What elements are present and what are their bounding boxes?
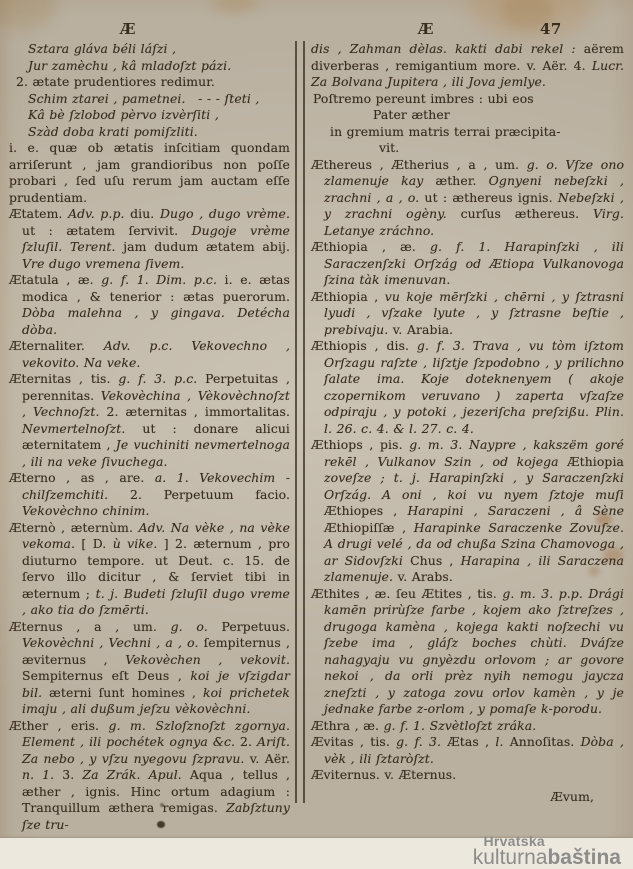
dictionary-entry: Æternus , a , um. g. o. Perpetuus. Vekov… [9,619,290,718]
text-line: in gremium matris terrai præcipita- [311,124,624,141]
text-line: Pater æther [311,107,624,124]
watermark-line2-part2: baština [547,846,621,869]
text-line: Kâ bè ſzlobod pèrvo izvèrſiti , [9,107,290,124]
dictionary-entry: Æternò , æternùm. Adv. Na vèke , na vèke… [9,520,290,619]
dictionary-entry: Æterno , as , are. a. 1. Vekovechim - ch… [9,470,290,520]
right-column: dis , Zahman dèlas. kakti dabi rekel : a… [311,41,624,833]
scanned-dictionary-page: Æ Æ 47 Sztara gláva béli láſzi ,Jur zamè… [0,0,633,869]
dictionary-entry: Æternitas , tis. g. f. 3. p.c. Perpetuit… [9,371,290,470]
dictionary-entry: Ævitas , tis. g. f. 3. Ætas , l. Annoſit… [311,734,624,767]
text-line: vit. [311,140,624,157]
watermark-line2: kulturnabaština [473,847,621,868]
dictionary-entry: Æthiopia , vu koje mērſzki , chērni , y … [311,289,624,339]
dictionary-entry: Ætatem. Adv. p.p. diu. Dugo , dugo vrème… [9,206,290,272]
text-line: Poſtremo pereunt imbres : ubi eos [311,91,624,108]
paper-stain [212,0,258,14]
right-column-header: Æ [418,20,434,38]
watermark: Hrvatska kulturnabaština [473,834,621,868]
column-divider-rule [295,41,305,803]
text-line: Jur zamèchu , kâ mladoſzt pázi. [9,58,290,75]
dictionary-entry: Æthiopis , dis. g. f. 3. Trava , vu tòm … [311,338,624,437]
dictionary-entry: Æther , eris. g. m. Szloſznoſzt zgornya.… [9,718,290,834]
text-block: Sztara gláva béli láſzi ,Jur zamèchu , k… [9,41,624,833]
text-line: dis , Zahman dèlas. kakti dabi rekel : a… [311,41,624,91]
page-number: 47 [540,20,562,38]
dictionary-entry: Æthiops , pis. g. m. 3. Naypre , kakszëm… [311,437,624,586]
running-header: Æ Æ 47 [0,20,633,40]
text-line: Schim ztarei , pametnei. - - - ſteti , [9,91,290,108]
text-line: 2. ætate prudentiores redimur. [9,74,290,91]
watermark-line2-part1: kulturna [473,846,548,869]
dictionary-entry: Æthra , æ. g. f. 1. Szvètloſzt zráka. [311,718,624,735]
left-column: Sztara gláva béli láſzi ,Jur zamèchu , k… [9,41,290,833]
text-line: Sztara gláva béli láſzi , [9,41,290,58]
text-line: Szàd doba krati pomiſzliti. [9,124,290,141]
dictionary-entry: Æternaliter. Adv. p.c. Vekovechno , veko… [9,338,290,371]
dictionary-entry: Æthiopia , æ. g. f. 1. Harapinſzki , ili… [311,239,624,289]
left-column-header: Æ [120,20,136,38]
dictionary-entry: Ætatula , æ. g. f. 1. Dim. p.c. i. e. æt… [9,272,290,338]
text-line: i. e. quæ ob ætatis inſcitiam quondam ar… [9,140,290,206]
dictionary-entry: Æthereus , Ætherius , a , um. g. o. Vſze… [311,157,624,240]
dictionary-entry: Æviternus. v. Æternus. [311,767,624,784]
text-line: Ævum, [311,789,624,806]
dictionary-entry: Æthites , æ. ſeu Ætites , tis. g. m. 3. … [311,586,624,718]
